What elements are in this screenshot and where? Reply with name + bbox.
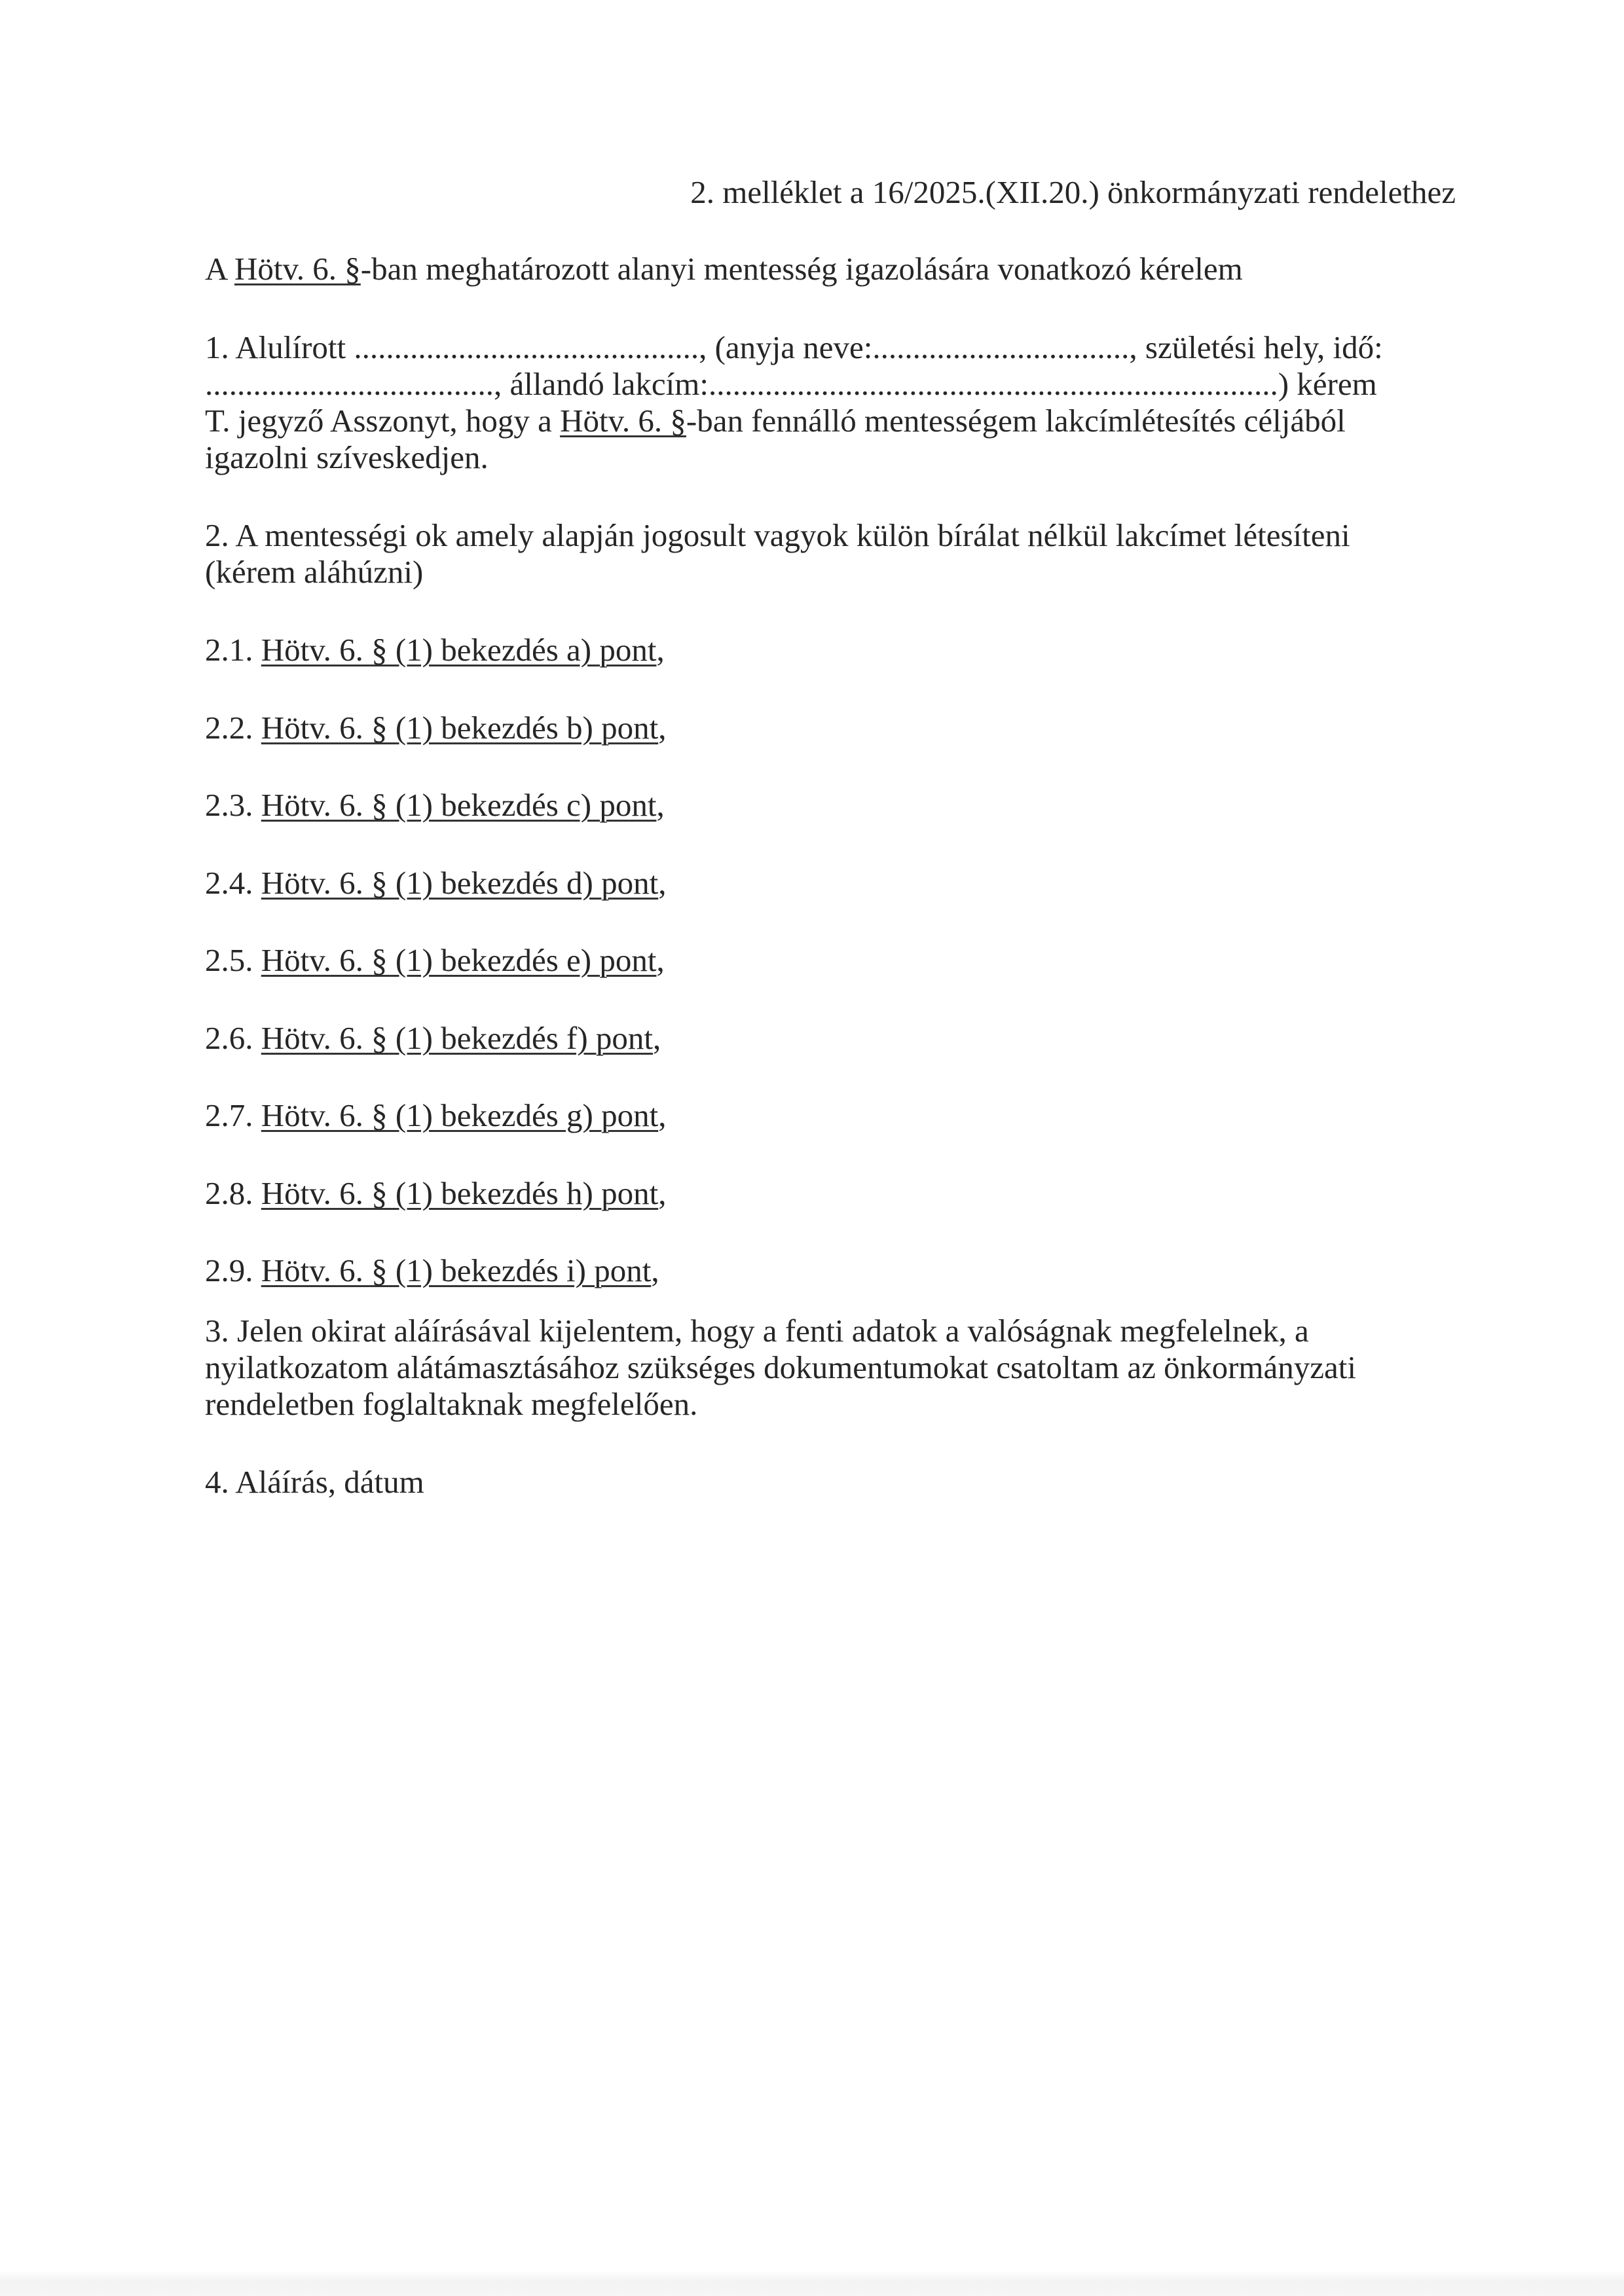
section1-line2: ...................................., ál… bbox=[205, 366, 1377, 403]
option-number: 2.3. bbox=[205, 787, 261, 823]
exemption-option[interactable]: 2.1. Hötv. 6. § (1) bekezdés a) pont, bbox=[205, 632, 665, 668]
option-law-link[interactable]: Hötv. 6. § (1) bekezdés f) pont bbox=[261, 1020, 653, 1056]
section1-line3: T. jegyző Asszonyt, hogy a Hötv. 6. §-ba… bbox=[205, 403, 1346, 439]
law-link-hotv-6-inline[interactable]: Hötv. 6. § bbox=[560, 403, 686, 439]
law-link-hotv-6[interactable]: Hötv. 6. § bbox=[234, 251, 361, 287]
option-law-link[interactable]: Hötv. 6. § (1) bekezdés i) pont bbox=[261, 1252, 652, 1288]
option-trailing-comma: , bbox=[658, 1175, 666, 1211]
label-permanent-address: , állandó lakcím: bbox=[494, 366, 709, 402]
title-prefix: A bbox=[205, 251, 234, 287]
label-birth-place-date: , születési hely, idő: bbox=[1129, 329, 1382, 365]
exemption-option[interactable]: 2.7. Hötv. 6. § (1) bekezdés g) pont, bbox=[205, 1097, 666, 1134]
exemption-option[interactable]: 2.2. Hötv. 6. § (1) bekezdés b) pont, bbox=[205, 710, 666, 746]
option-law-link[interactable]: Hötv. 6. § (1) bekezdés b) pont bbox=[261, 710, 658, 746]
option-trailing-comma: , bbox=[656, 632, 664, 668]
option-number: 2.5. bbox=[205, 942, 261, 978]
signature-date-label: 4. Aláírás, dátum bbox=[205, 1464, 424, 1501]
option-trailing-comma: , bbox=[656, 787, 664, 823]
section2-heading-line1: 2. A mentességi ok amely alapján jogosul… bbox=[205, 517, 1350, 554]
blank-birth-place-date-field[interactable]: .................................... bbox=[205, 366, 494, 402]
option-trailing-comma: , bbox=[653, 1020, 661, 1056]
section3-line3: rendeletben foglaltaknak megfelelően. bbox=[205, 1386, 697, 1423]
title-suffix: -ban meghatározott alanyi mentesség igaz… bbox=[361, 251, 1243, 287]
line3-prefix: T. jegyző Asszonyt, hogy a bbox=[205, 403, 560, 439]
option-trailing-comma: , bbox=[651, 1252, 659, 1288]
scan-edge-artifact bbox=[0, 2271, 1624, 2296]
line3-suffix: -ban fennálló mentességem lakcímlétesíté… bbox=[686, 403, 1346, 439]
exemption-option[interactable]: 2.9. Hötv. 6. § (1) bekezdés i) pont, bbox=[205, 1252, 659, 1289]
option-number: 2.1. bbox=[205, 632, 261, 668]
option-law-link[interactable]: Hötv. 6. § (1) bekezdés d) pont bbox=[261, 865, 658, 901]
section1-line4: igazolni szíveskedjen. bbox=[205, 439, 489, 476]
option-number: 2.7. bbox=[205, 1097, 261, 1133]
option-number: 2.9. bbox=[205, 1252, 261, 1288]
document-page: 2. melléklet a 16/2025.(XII.20.) önkormá… bbox=[0, 0, 1624, 2296]
option-number: 2.2. bbox=[205, 710, 261, 746]
option-law-link[interactable]: Hötv. 6. § (1) bekezdés c) pont bbox=[261, 787, 657, 823]
option-trailing-comma: , bbox=[658, 1097, 666, 1133]
exemption-option[interactable]: 2.5. Hötv. 6. § (1) bekezdés e) pont, bbox=[205, 942, 665, 979]
option-law-link[interactable]: Hötv. 6. § (1) bekezdés a) pont bbox=[261, 632, 657, 668]
exemption-option[interactable]: 2.8. Hötv. 6. § (1) bekezdés h) pont, bbox=[205, 1175, 666, 1212]
option-trailing-comma: , bbox=[658, 710, 666, 746]
section3-line2: nyilatkozatom alátámasztásához szükséges… bbox=[205, 1349, 1356, 1386]
option-number: 2.4. bbox=[205, 865, 261, 901]
option-trailing-comma: , bbox=[658, 865, 666, 901]
annex-reference: 2. melléklet a 16/2025.(XII.20.) önkormá… bbox=[690, 174, 1456, 211]
document-title: A Hötv. 6. §-ban meghatározott alanyi me… bbox=[205, 251, 1243, 287]
option-number: 2.6. bbox=[205, 1020, 261, 1056]
label-mother-name: , (anyja neve: bbox=[699, 329, 872, 365]
label-undersigned: 1. Alulírott bbox=[205, 329, 354, 365]
section3-line1: 3. Jelen okirat aláírásával kijelentem, … bbox=[205, 1313, 1309, 1349]
option-law-link[interactable]: Hötv. 6. § (1) bekezdés h) pont bbox=[261, 1175, 658, 1211]
option-number: 2.8. bbox=[205, 1175, 261, 1211]
blank-permanent-address-field[interactable]: ........................................… bbox=[709, 366, 1278, 402]
request-suffix: ) kérem bbox=[1278, 366, 1377, 402]
option-trailing-comma: , bbox=[656, 942, 664, 978]
option-law-link[interactable]: Hötv. 6. § (1) bekezdés g) pont bbox=[261, 1097, 658, 1133]
exemption-option[interactable]: 2.3. Hötv. 6. § (1) bekezdés c) pont, bbox=[205, 787, 665, 824]
exemption-option[interactable]: 2.6. Hötv. 6. § (1) bekezdés f) pont, bbox=[205, 1020, 661, 1057]
option-law-link[interactable]: Hötv. 6. § (1) bekezdés e) pont bbox=[261, 942, 657, 978]
section2-heading-line2: (kérem aláhúzni) bbox=[205, 554, 423, 591]
blank-mother-name-field[interactable]: ................................ bbox=[872, 329, 1129, 365]
section1-line1: 1. Alulírott ...........................… bbox=[205, 329, 1383, 366]
blank-name-field[interactable]: ........................................… bbox=[354, 329, 699, 365]
exemption-option[interactable]: 2.4. Hötv. 6. § (1) bekezdés d) pont, bbox=[205, 865, 666, 902]
